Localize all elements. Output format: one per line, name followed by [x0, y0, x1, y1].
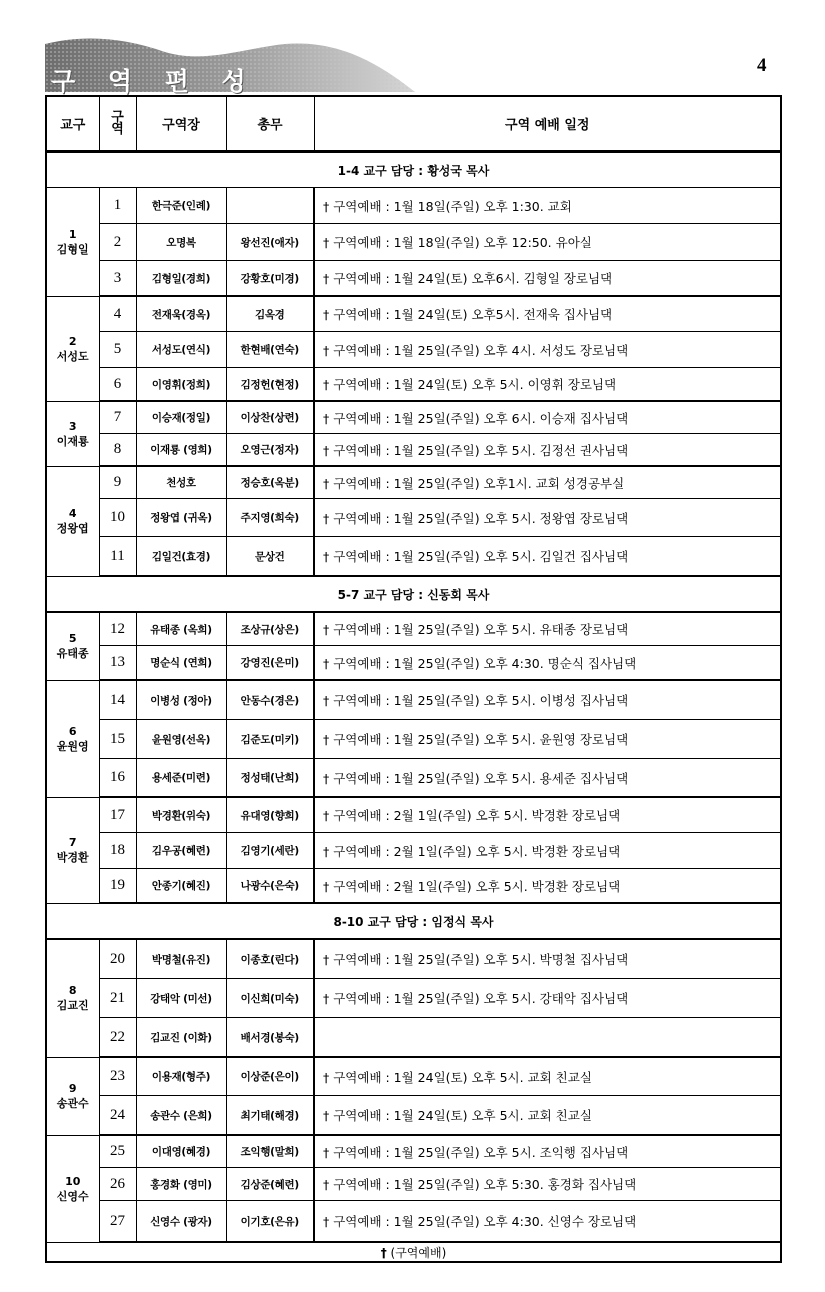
- schedule-text: † 구역예배 : 1월 25일(주일) 오후 5시. 김정선 권사님댁: [314, 434, 781, 467]
- parish-cell: 2서성도: [46, 296, 99, 401]
- district-number: 19: [99, 869, 136, 904]
- legend: † (구역예배): [46, 1242, 781, 1262]
- parish-name: 이재룡: [47, 434, 99, 449]
- table-row: 22김교진 (이화)배서경(봉숙): [46, 1018, 781, 1058]
- parish-name: 정왕엽: [47, 521, 99, 536]
- district-number: 8: [99, 434, 136, 467]
- column-header-schedule: 구역 예배 일정: [314, 96, 781, 152]
- legend-text: (구역예배): [387, 1246, 447, 1260]
- district-number: 25: [99, 1135, 136, 1168]
- table-row: 10신영수25이대영(혜경)조익행(말희)† 구역예배 : 1월 25일(주일)…: [46, 1135, 781, 1168]
- table-row: 13명순식 (연희)강영진(은미)† 구역예배 : 1월 25일(주일) 오후 …: [46, 646, 781, 681]
- secretary-name: 김정헌(현정): [226, 368, 314, 402]
- leader-name: 명순식 (연희): [136, 646, 226, 681]
- leader-name: 서성도(연식): [136, 332, 226, 368]
- secretary-name: 오영근(정자): [226, 434, 314, 467]
- district-number: 18: [99, 833, 136, 869]
- district-number: 26: [99, 1168, 136, 1201]
- table-row: 18김우공(혜련)김영기(세란)† 구역예배 : 2월 1일(주일) 오후 5시…: [46, 833, 781, 869]
- leader-name: 송관수 (은희): [136, 1096, 226, 1136]
- parish-cell: 10신영수: [46, 1135, 99, 1242]
- table-row: 2오명복왕선진(애자)† 구역예배 : 1월 18일(주일) 오후 12:50.…: [46, 224, 781, 261]
- table-row: 3이재룡7이승재(정일)이상찬(상련)† 구역예배 : 1월 25일(주일) 오…: [46, 401, 781, 434]
- schedule-text: † 구역예배 : 1월 25일(주일) 오후 5시. 김일건 집사님댁: [314, 537, 781, 577]
- secretary-name: 이상준(은이): [226, 1057, 314, 1096]
- schedule-text: † 구역예배 : 1월 25일(주일) 오후 5시. 박명철 집사님댁: [314, 939, 781, 979]
- secretary-name: 나광수(은숙): [226, 869, 314, 904]
- schedule-text: † 구역예배 : 1월 18일(주일) 오후 1:30. 교회: [314, 188, 781, 224]
- district-number: 23: [99, 1057, 136, 1096]
- table-header-row: 교구 구역 구역장 총무 구역 예배 일정: [46, 96, 781, 152]
- parish-number: 1: [47, 227, 99, 242]
- parish-number: 10: [47, 1174, 99, 1189]
- schedule-text: † 구역예배 : 1월 25일(주일) 오후 4시. 서성도 장로님댁: [314, 332, 781, 368]
- schedule-text: [314, 1018, 781, 1058]
- schedule-text: † 구역예배 : 2월 1일(주일) 오후 5시. 박경환 장로님댁: [314, 869, 781, 904]
- leader-name: 오명복: [136, 224, 226, 261]
- district-number: 16: [99, 759, 136, 798]
- section-label: 1-4 교구 담당 : 황성국 목사: [46, 152, 781, 188]
- secretary-name: 조상규(상은): [226, 612, 314, 646]
- leader-name: 이재룡 (영희): [136, 434, 226, 467]
- schedule-text: † 구역예배 : 1월 18일(주일) 오후 12:50. 유아실: [314, 224, 781, 261]
- secretary-name: 김영기(세란): [226, 833, 314, 869]
- parish-name: 박경환: [47, 850, 99, 865]
- table-row: 8이재룡 (영희)오영근(정자)† 구역예배 : 1월 25일(주일) 오후 5…: [46, 434, 781, 467]
- leader-name: 홍경화 (영미): [136, 1168, 226, 1201]
- district-number: 13: [99, 646, 136, 681]
- section-label: 5-7 교구 담당 : 신동회 목사: [46, 576, 781, 612]
- district-number: 9: [99, 466, 136, 499]
- schedule-text: † 구역예배 : 1월 25일(주일) 오후 5시. 강태악 집사님댁: [314, 979, 781, 1018]
- parish-number: 8: [47, 983, 99, 998]
- table-row: 1김형일1한극준(인례)† 구역예배 : 1월 18일(주일) 오후 1:30.…: [46, 188, 781, 224]
- parish-name: 김형일: [47, 242, 99, 257]
- schedule-text: † 구역예배 : 1월 25일(주일) 오후 5시. 정왕엽 장로님댁: [314, 499, 781, 537]
- leader-name: 이승재(정일): [136, 401, 226, 434]
- page-number: 4: [757, 55, 767, 77]
- column-header-parish: 교구: [46, 96, 99, 152]
- leader-name: 한극준(인례): [136, 188, 226, 224]
- secretary-name: 한현배(연숙): [226, 332, 314, 368]
- table-row: 6윤원영14이병성 (정아)안동수(경은)† 구역예배 : 1월 25일(주일)…: [46, 680, 781, 720]
- district-number: 5: [99, 332, 136, 368]
- table-row: 24송관수 (은희)최기태(해경)† 구역예배 : 1월 24일(토) 오후 5…: [46, 1096, 781, 1136]
- leader-name: 용세준(미련): [136, 759, 226, 798]
- leader-name: 유태종 (옥희): [136, 612, 226, 646]
- page-title: 구 역 편 성: [51, 62, 258, 98]
- district-number: 2: [99, 224, 136, 261]
- parish-number: 4: [47, 506, 99, 521]
- table-row: 2서성도4전재욱(경옥)김옥경† 구역예배 : 1월 24일(토) 오후5시. …: [46, 296, 781, 332]
- leader-name: 천성호: [136, 466, 226, 499]
- secretary-name: 강영진(은미): [226, 646, 314, 681]
- parish-cell: 7박경환: [46, 797, 99, 903]
- parish-cell: 6윤원영: [46, 680, 99, 797]
- table-row: 15윤원영(선옥)김준도(미키)† 구역예배 : 1월 25일(주일) 오후 5…: [46, 720, 781, 759]
- secretary-name: 주지영(희숙): [226, 499, 314, 537]
- column-header-secretary: 총무: [226, 96, 314, 152]
- table-row: 16용세준(미련)정성태(난희)† 구역예배 : 1월 25일(주일) 오후 5…: [46, 759, 781, 798]
- leader-name: 김교진 (이화): [136, 1018, 226, 1058]
- district-number: 12: [99, 612, 136, 646]
- parish-name: 김교진: [47, 998, 99, 1013]
- district-number: 27: [99, 1201, 136, 1243]
- leader-name: 윤원영(선옥): [136, 720, 226, 759]
- table-row: 6이영휘(정희)김정헌(현정)† 구역예배 : 1월 24일(토) 오후 5시.…: [46, 368, 781, 402]
- secretary-name: 배서경(봉숙): [226, 1018, 314, 1058]
- district-number: 22: [99, 1018, 136, 1058]
- schedule-text: † 구역예배 : 1월 24일(토) 오후5시. 전재욱 집사님댁: [314, 296, 781, 332]
- parish-cell: 8김교진: [46, 939, 99, 1057]
- secretary-name: 김옥경: [226, 296, 314, 332]
- secretary-name: 정승호(옥분): [226, 466, 314, 499]
- table-row: 3김형일(경희)강황호(미경)† 구역예배 : 1월 24일(토) 오후6시. …: [46, 261, 781, 297]
- secretary-name: 김준도(미키): [226, 720, 314, 759]
- parish-cell: 5유태종: [46, 612, 99, 680]
- secretary-name: 최기태(해경): [226, 1096, 314, 1136]
- section-header-row: 5-7 교구 담당 : 신동회 목사: [46, 576, 781, 612]
- secretary-name: 이신희(미숙): [226, 979, 314, 1018]
- parish-name: 신영수: [47, 1189, 99, 1204]
- parish-number: 6: [47, 724, 99, 739]
- parish-name: 서성도: [47, 349, 99, 364]
- column-header-district: 구역: [99, 96, 136, 152]
- table-row: 5서성도(연식)한현배(연숙)† 구역예배 : 1월 25일(주일) 오후 4시…: [46, 332, 781, 368]
- schedule-text: † 구역예배 : 1월 25일(주일) 오후 5시. 유태종 장로님댁: [314, 612, 781, 646]
- parish-name: 유태종: [47, 646, 99, 661]
- district-number: 20: [99, 939, 136, 979]
- schedule-text: † 구역예배 : 1월 25일(주일) 오후 6시. 이승재 집사님댁: [314, 401, 781, 434]
- parish-number: 3: [47, 419, 99, 434]
- district-number: 24: [99, 1096, 136, 1136]
- secretary-name: 조익행(말희): [226, 1135, 314, 1168]
- schedule-text: † 구역예배 : 1월 25일(주일) 오후 5시. 조익행 집사님댁: [314, 1135, 781, 1168]
- district-number: 11: [99, 537, 136, 577]
- schedule-text: † 구역예배 : 1월 24일(토) 오후6시. 김형일 장로님댁: [314, 261, 781, 297]
- leader-name: 이대영(혜경): [136, 1135, 226, 1168]
- district-roster-table: 교구 구역 구역장 총무 구역 예배 일정 1-4 교구 담당 : 황성국 목사…: [45, 95, 782, 1263]
- secretary-name: 이종호(린다): [226, 939, 314, 979]
- column-header-leader: 구역장: [136, 96, 226, 152]
- header-banner: 구 역 편 성: [45, 30, 415, 92]
- district-number: 21: [99, 979, 136, 1018]
- table-row: 27신영수 (광자)이기호(은유)† 구역예배 : 1월 25일(주일) 오후 …: [46, 1201, 781, 1243]
- table-row: 5유태종12유태종 (옥희)조상규(상은)† 구역예배 : 1월 25일(주일)…: [46, 612, 781, 646]
- leader-name: 정왕엽 (귀옥): [136, 499, 226, 537]
- leader-name: 이병성 (정아): [136, 680, 226, 720]
- schedule-text: † 구역예배 : 1월 25일(주일) 오후 5시. 윤원영 장로님댁: [314, 720, 781, 759]
- secretary-name: 안동수(경은): [226, 680, 314, 720]
- table-row: 21강태악 (미선)이신희(미숙)† 구역예배 : 1월 25일(주일) 오후 …: [46, 979, 781, 1018]
- district-number: 10: [99, 499, 136, 537]
- table-row: 10정왕엽 (귀옥)주지영(희숙)† 구역예배 : 1월 25일(주일) 오후 …: [46, 499, 781, 537]
- district-number: 17: [99, 797, 136, 833]
- leader-name: 안종기(혜진): [136, 869, 226, 904]
- section-label: 8-10 교구 담당 : 임정식 목사: [46, 903, 781, 939]
- table-row: 11김일건(효경)문상건† 구역예배 : 1월 25일(주일) 오후 5시. 김…: [46, 537, 781, 577]
- parish-number: 7: [47, 835, 99, 850]
- secretary-name: 이기호(은유): [226, 1201, 314, 1243]
- district-number: 15: [99, 720, 136, 759]
- leader-name: 김형일(경희): [136, 261, 226, 297]
- leader-name: 이영휘(정희): [136, 368, 226, 402]
- schedule-text: † 구역예배 : 1월 25일(주일) 오후1시. 교회 성경공부실: [314, 466, 781, 499]
- district-number: 14: [99, 680, 136, 720]
- schedule-text: † 구역예배 : 1월 25일(주일) 오후 4:30. 신영수 장로님댁: [314, 1201, 781, 1243]
- section-header-row: 1-4 교구 담당 : 황성국 목사: [46, 152, 781, 188]
- secretary-name: 유대영(향희): [226, 797, 314, 833]
- district-number: 1: [99, 188, 136, 224]
- leader-name: 김우공(혜련): [136, 833, 226, 869]
- schedule-text: † 구역예배 : 1월 24일(토) 오후 5시. 교회 친교실: [314, 1096, 781, 1136]
- leader-name: 박경환(위숙): [136, 797, 226, 833]
- schedule-text: † 구역예배 : 1월 24일(토) 오후 5시. 교회 친교실: [314, 1057, 781, 1096]
- secretary-name: [226, 188, 314, 224]
- column-header-district-char: 역: [100, 124, 136, 136]
- table-row: 9송관수23이용재(형주)이상준(은이)† 구역예배 : 1월 24일(토) 오…: [46, 1057, 781, 1096]
- secretary-name: 정성태(난희): [226, 759, 314, 798]
- legend-row: † (구역예배): [46, 1242, 781, 1262]
- table-row: 26홍경화 (영미)김상준(혜련)† 구역예배 : 1월 25일(주일) 오후 …: [46, 1168, 781, 1201]
- table-row: 4정왕엽9천성호정승호(옥분)† 구역예배 : 1월 25일(주일) 오후1시.…: [46, 466, 781, 499]
- schedule-text: † 구역예배 : 2월 1일(주일) 오후 5시. 박경환 장로님댁: [314, 797, 781, 833]
- schedule-text: † 구역예배 : 1월 25일(주일) 오후 5시. 용세준 집사님댁: [314, 759, 781, 798]
- district-number: 3: [99, 261, 136, 297]
- schedule-text: † 구역예배 : 2월 1일(주일) 오후 5시. 박경환 장로님댁: [314, 833, 781, 869]
- secretary-name: 왕선진(애자): [226, 224, 314, 261]
- schedule-text: † 구역예배 : 1월 25일(주일) 오후 5시. 이병성 집사님댁: [314, 680, 781, 720]
- parish-number: 9: [47, 1081, 99, 1096]
- secretary-name: 강황호(미경): [226, 261, 314, 297]
- parish-number: 2: [47, 334, 99, 349]
- schedule-text: † 구역예배 : 1월 24일(토) 오후 5시. 이영휘 장로님댁: [314, 368, 781, 402]
- table-row: 8김교진20박명철(유진)이종호(린다)† 구역예배 : 1월 25일(주일) …: [46, 939, 781, 979]
- leader-name: 전재욱(경옥): [136, 296, 226, 332]
- parish-cell: 1김형일: [46, 188, 99, 297]
- secretary-name: 김상준(혜련): [226, 1168, 314, 1201]
- district-number: 6: [99, 368, 136, 402]
- parish-cell: 9송관수: [46, 1057, 99, 1135]
- parish-name: 송관수: [47, 1096, 99, 1111]
- leader-name: 김일건(효경): [136, 537, 226, 577]
- leader-name: 신영수 (광자): [136, 1201, 226, 1243]
- secretary-name: 문상건: [226, 537, 314, 577]
- parish-cell: 4정왕엽: [46, 466, 99, 576]
- table-row: 19안종기(혜진)나광수(은숙)† 구역예배 : 2월 1일(주일) 오후 5시…: [46, 869, 781, 904]
- secretary-name: 이상찬(상련): [226, 401, 314, 434]
- district-number: 4: [99, 296, 136, 332]
- leader-name: 강태악 (미선): [136, 979, 226, 1018]
- parish-cell: 3이재룡: [46, 401, 99, 466]
- table-row: 7박경환17박경환(위숙)유대영(향희)† 구역예배 : 2월 1일(주일) 오…: [46, 797, 781, 833]
- schedule-text: † 구역예배 : 1월 25일(주일) 오후 5:30. 홍경화 집사님댁: [314, 1168, 781, 1201]
- district-number: 7: [99, 401, 136, 434]
- leader-name: 박명철(유진): [136, 939, 226, 979]
- parish-name: 윤원영: [47, 739, 99, 754]
- parish-number: 5: [47, 631, 99, 646]
- leader-name: 이용재(형주): [136, 1057, 226, 1096]
- section-header-row: 8-10 교구 담당 : 임정식 목사: [46, 903, 781, 939]
- schedule-text: † 구역예배 : 1월 25일(주일) 오후 4:30. 명순식 집사님댁: [314, 646, 781, 681]
